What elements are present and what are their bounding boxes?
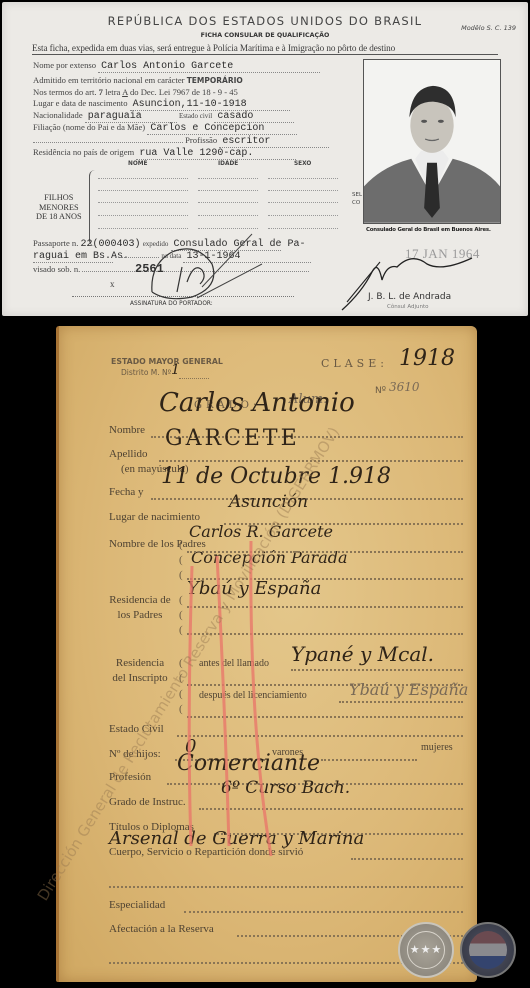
civil-status-label: Estado civil bbox=[179, 112, 212, 120]
consul-name: J. B. L. de Andrada bbox=[368, 292, 451, 302]
issued-by-line2: raguai em Bs.As. bbox=[33, 251, 113, 263]
terms-row: Nos termos do art. 7 letra A do Dec. Lei… bbox=[33, 87, 238, 97]
admission-row: Admitido em território nacional em carác… bbox=[33, 75, 243, 85]
surname-value: GARCETE bbox=[165, 426, 300, 451]
registrant-residence-label: Residencia del Inscripto bbox=[109, 656, 171, 685]
signature-label: ASSINATURA DO PORTADOR: bbox=[130, 301, 213, 307]
article-value: 7 bbox=[99, 87, 103, 97]
children-brace bbox=[89, 170, 95, 246]
header-left: ESTADO MAYOR GENERAL bbox=[111, 357, 223, 366]
signature-x-mark: x bbox=[110, 279, 115, 289]
date-label: na data bbox=[161, 252, 181, 260]
parents-label: Filiação (nome do Pai e da Mãe) bbox=[33, 122, 145, 132]
children-label-line: FILHOS bbox=[36, 193, 82, 203]
education-value: 6º Curso Bach. bbox=[221, 778, 350, 798]
passport-number: 22(000403) bbox=[81, 239, 141, 250]
after-discharge-label: después del licenciamiento bbox=[199, 690, 307, 701]
parents-residence-label: Residencia de los Padres bbox=[109, 593, 171, 622]
country-header: REPÚBLICA DOS ESTADOS UNIDOS DO BRASIL bbox=[2, 14, 528, 28]
letter-value: A bbox=[122, 87, 128, 97]
class-value: 1918 bbox=[399, 346, 455, 371]
portrait-photo bbox=[363, 59, 501, 224]
form-model-number: Modêlo S. C. 139 bbox=[461, 24, 516, 32]
seal-label-line: SEL bbox=[352, 191, 362, 199]
admission-value: TEMPORÁRIO bbox=[187, 76, 243, 85]
paraguay-military-card: ESTADO MAYOR GENERAL Distrito M. Nº 1 CL… bbox=[56, 326, 477, 982]
seal-label: SEL CO bbox=[352, 191, 362, 207]
before-call-label: antes del llamado bbox=[199, 658, 269, 669]
service-unit-value: Arsenal de Guerra y Marina bbox=[109, 828, 364, 849]
surname-label: Apellido bbox=[109, 448, 148, 460]
children-label-line: MENORES bbox=[36, 203, 82, 213]
district-value: 1 bbox=[171, 362, 180, 378]
full-name-label: Nome por extenso bbox=[33, 60, 96, 70]
stars-icon: ★★★ bbox=[400, 943, 452, 956]
residence-label: Residência no país de origem bbox=[33, 147, 134, 157]
column-header-sex: SEXO bbox=[294, 161, 311, 167]
parents-value: Carlos e Concepcion bbox=[147, 123, 297, 135]
after-discharge-value: Ybaú y España bbox=[349, 680, 468, 699]
parents-residence-value: Ybaú y España bbox=[187, 578, 321, 599]
visa-row: visado sob. n. bbox=[33, 264, 309, 274]
column-header-name: NOME bbox=[128, 161, 148, 167]
number-value: 3610 bbox=[389, 380, 420, 394]
portrait-icon bbox=[364, 60, 500, 223]
date-stamp: 17 JAN 1964 bbox=[405, 246, 480, 262]
parents-row: Filiação (nome do Pai e da Mãe) Carlos e… bbox=[33, 122, 297, 135]
children-label-line: DE 18 ANOS bbox=[36, 212, 82, 222]
letter-label: letra bbox=[105, 87, 120, 97]
form-title: FICHA CONSULAR DE QUALIFICAÇÃO bbox=[2, 32, 528, 39]
passport-label: Passaporte n. bbox=[33, 238, 78, 248]
consul-title: Cônsul Adjunto bbox=[387, 304, 429, 310]
before-call-value: Ypané y Mcal. bbox=[291, 642, 434, 666]
number-label: Nº bbox=[375, 386, 386, 396]
residence-row: Residência no país de origem rua Valle 1… bbox=[33, 147, 296, 160]
issued-label: expedido bbox=[143, 240, 169, 248]
archive-seal-emblem: ★★★ bbox=[398, 922, 454, 978]
admission-label: Admitido em território nacional em carác… bbox=[33, 75, 185, 85]
name-label: Nombre bbox=[109, 424, 145, 436]
column-header-age: IDADE bbox=[218, 161, 238, 167]
full-name-value: Carlos Antonio Garcete bbox=[98, 61, 320, 73]
residence-value: rua Valle 1290-cap. bbox=[136, 148, 296, 160]
terms-label: Nos termos do art. bbox=[33, 87, 97, 97]
parents-label: Nombre de los Padres bbox=[109, 537, 171, 552]
specialty-label: Especialidad bbox=[109, 899, 165, 911]
reserve-label: Afectación a la Reserva bbox=[109, 923, 214, 935]
decree-label: do Dec. Lei 7967 de 18 - 9 - 45 bbox=[130, 87, 238, 97]
children-label: FILHOS MENORES DE 18 ANOS bbox=[36, 193, 82, 222]
education-label: Grado de Instruc. bbox=[109, 796, 186, 808]
birthdate-label: Fecha y bbox=[109, 486, 144, 498]
signature-line bbox=[72, 296, 294, 297]
photo-stamp-caption: Consulado Geral do Brasil em Buenos Aire… bbox=[366, 227, 502, 233]
issue-date: 13-1-1964 bbox=[183, 251, 311, 263]
birthplace-label: Lugar de nacimiento bbox=[109, 511, 200, 523]
full-name-row: Nome por extenso Carlos Antonio Garcete bbox=[33, 60, 320, 73]
profession-label: Profissão bbox=[185, 135, 217, 145]
form-instruction: Esta ficha, expedida em duas vias, será … bbox=[32, 43, 498, 55]
archive-seal-flag bbox=[460, 922, 516, 978]
nationality-label: Nacionalidade bbox=[33, 110, 83, 120]
seal-label-line: CO bbox=[352, 199, 362, 207]
name-value: Carlos Antonio bbox=[159, 388, 355, 418]
district-label: Distrito M. Nº bbox=[121, 368, 171, 377]
visa-number: 2561 bbox=[135, 262, 164, 276]
birth-label: Lugar e data de nascimento bbox=[33, 98, 128, 108]
class-label: CLASE: bbox=[321, 357, 388, 370]
females-label: mujeres bbox=[421, 742, 453, 753]
brazil-consular-card: REPÚBLICA DOS ESTADOS UNIDOS DO BRASIL M… bbox=[2, 2, 528, 316]
profession-value: Comerciante bbox=[177, 751, 320, 776]
visa-label: visado sob. n. bbox=[33, 264, 80, 274]
passport-row-2: raguai em Bs.As. na data 13-1-1964 bbox=[33, 250, 311, 263]
birthdate-value: 11 de Octubre 1.918 bbox=[161, 464, 391, 489]
